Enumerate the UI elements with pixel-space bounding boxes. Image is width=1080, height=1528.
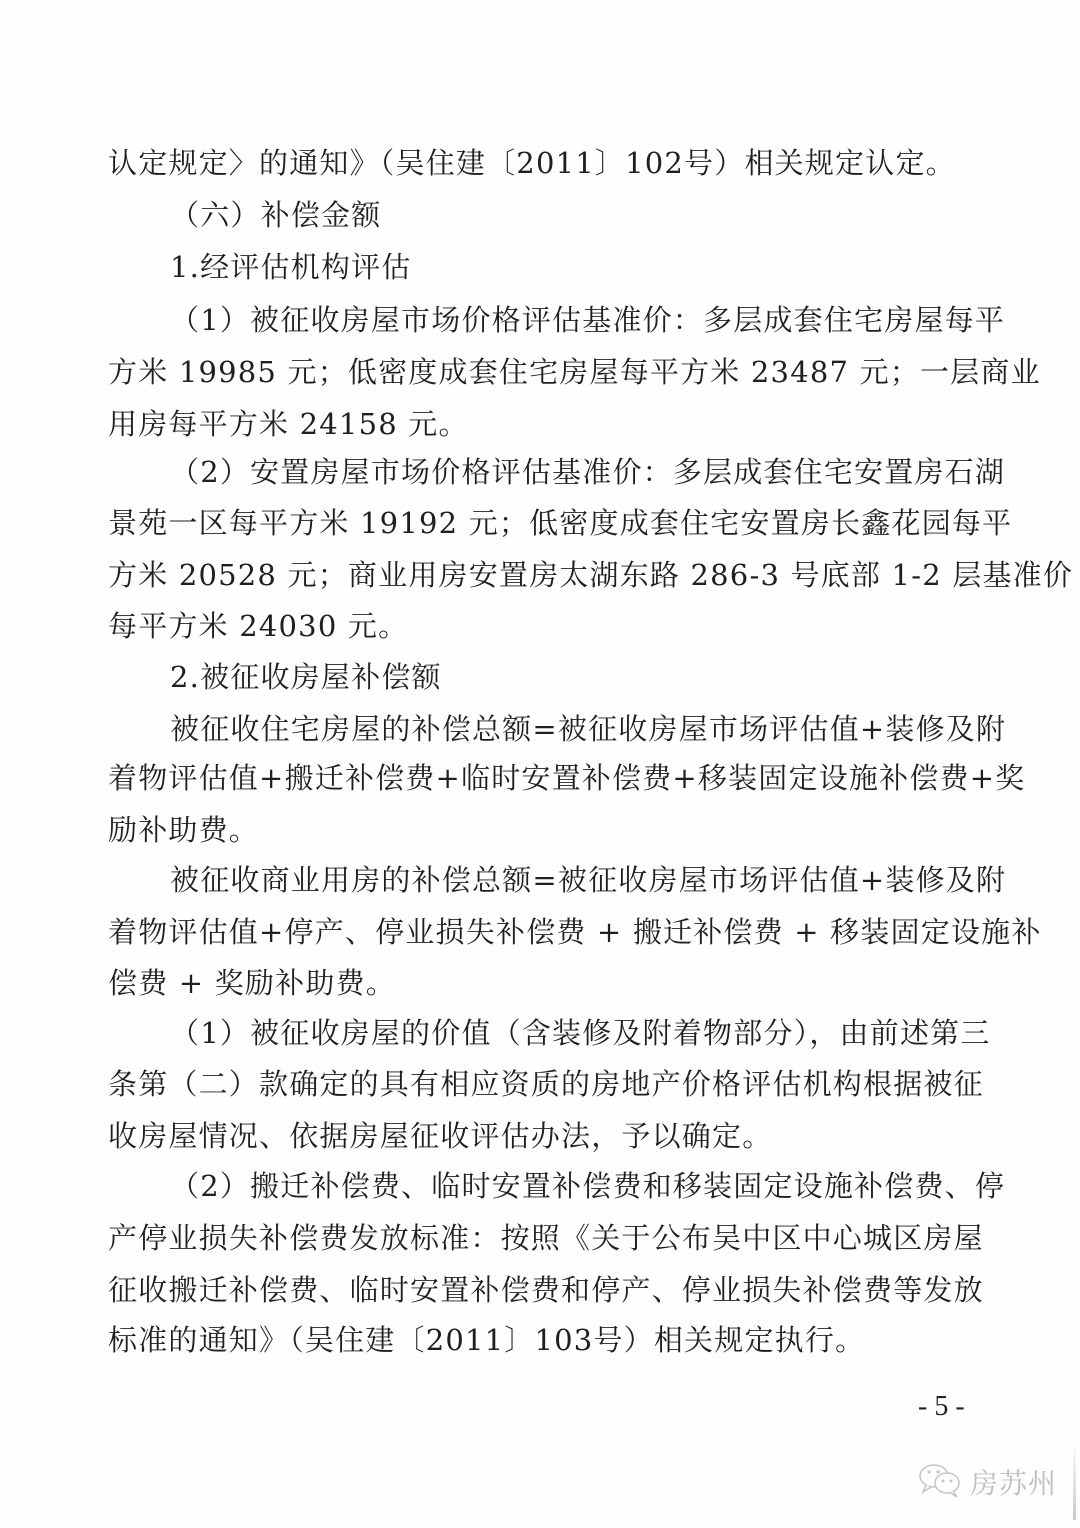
text-line: 被征收住宅房屋的补偿总额=被征收房屋市场评估值+装修及附 [170, 709, 968, 749]
text-line: 景苑一区每平方米 19192 元；低密度成套住宅安置房长鑫花园每平 [108, 503, 968, 543]
text-line: 励补助费。 [108, 810, 968, 850]
text-line: 用房每平方米 24158 元。 [108, 404, 968, 444]
text-line: 着物评估值+停产、停业损失补偿费 + 搬迁补偿费 + 移装固定设施补 [108, 912, 968, 952]
text-line: （1）被征收房屋市场价格评估基准价：多层成套住宅房屋每平 [170, 300, 968, 340]
text-line: 产停业损失补偿费发放标准：按照《关于公布吴中区中心城区房屋 [108, 1218, 968, 1258]
text-line: 方米 19985 元；低密度成套住宅房屋每平方米 23487 元；一层商业 [108, 352, 968, 392]
text-line: 方米 20528 元；商业用房安置房太湖东路 286-3 号底部 1-2 层基准… [108, 555, 968, 595]
text-line: 被征收商业用房的补偿总额=被征收房屋市场评估值+装修及附 [170, 860, 968, 900]
text-line: （1）被征收房屋的价值（含装修及附着物部分），由前述第三 [170, 1013, 968, 1053]
text-line: 着物评估值+搬迁补偿费+临时安置补偿费+移装固定设施补偿费+奖 [108, 758, 968, 798]
wechat-icon [918, 1461, 964, 1503]
text-line: 标准的通知》（吴住建〔2011〕103号）相关规定执行。 [108, 1320, 968, 1360]
text-line: 收房屋情况、依据房屋征收评估办法，予以确定。 [108, 1116, 968, 1156]
section-heading: （六）补偿金额 [170, 195, 968, 235]
subsection-heading: 1.经评估机构评估 [170, 247, 968, 287]
page-number: - 5 - [918, 1390, 965, 1424]
text-line: 偿费 + 奖励补助费。 [108, 963, 968, 1003]
text-line: 条第（二）款确定的具有相应资质的房地产价格评估机构根据被征 [108, 1064, 968, 1104]
text-line: （2）搬迁补偿费、临时安置补偿费和移装固定设施补偿费、停 [170, 1166, 968, 1206]
text-line: （2）安置房屋市场价格评估基准价：多层成套住宅安置房石湖 [170, 452, 968, 492]
watermark-text: 房苏州 [970, 1462, 1057, 1502]
text-line: 认定规定〉的通知》（吴住建〔2011〕102号）相关规定认定。 [108, 143, 968, 183]
subsection-heading: 2.被征收房屋补偿额 [170, 657, 968, 697]
watermark: 房苏州 [918, 1462, 1057, 1502]
text-line: 每平方米 24030 元。 [108, 606, 968, 646]
document-page: 认定规定〉的通知》（吴住建〔2011〕102号）相关规定认定。 （六）补偿金额 … [0, 0, 1080, 1528]
page-edge-shadow [1073, 1440, 1076, 1520]
text-line: 征收搬迁补偿费、临时安置补偿费和停产、停业损失补偿费等发放 [108, 1270, 968, 1310]
